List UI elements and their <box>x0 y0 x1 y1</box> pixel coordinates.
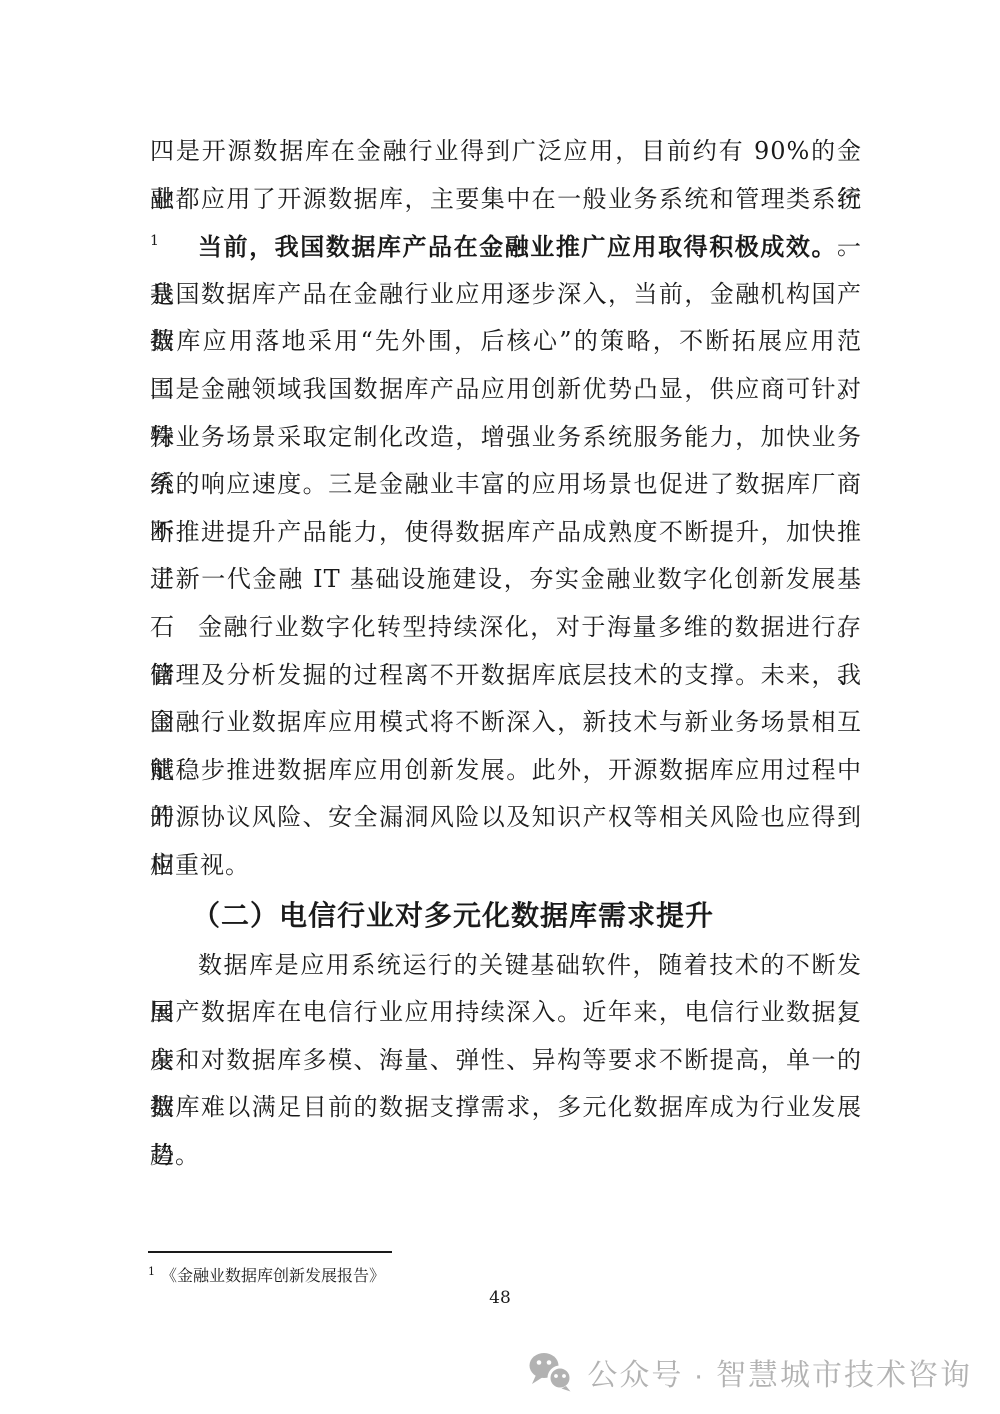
paragraph-line: 据库应用落地采用“先外围，后核心”的策略，不断拓展应用范围。 <box>150 318 862 366</box>
paragraph-line: 断推进提升产品能力，使得数据库产品成熟度不断提升，加快推进 <box>150 509 862 557</box>
paragraph-line: 统的响应速度。三是金融业丰富的应用场景也促进了数据库厂商不 <box>150 461 862 509</box>
paragraph-line: 殊业务场景采取定制化改造，增强业务系统服务能力，加快业务系 <box>150 414 862 462</box>
paragraph-line: 四是开源数据库在金融行业得到广泛应用，目前约有 90%的金融行 <box>150 128 862 176</box>
paragraph-line: 金融行业数字化转型持续深化，对于海量多维的数据进行存储、 <box>150 604 862 652</box>
section-heading: （二）电信行业对多元化数据库需求提升 <box>150 890 862 942</box>
paragraph-line: 开源协议风险、安全漏洞风险以及知识产权等相关风险也应得到相 <box>150 794 862 842</box>
bold-lead-text: 当前，我国数据库产品在金融业推广应用取得积极成效。 <box>198 232 837 261</box>
paragraph-line: 金融行业数据库应用模式将不断深入，新技术与新业务场景相互赋 <box>150 699 862 747</box>
paragraph-line: 数据库是应用系统运行的关键基础软件，随着技术的不断发展， <box>150 942 862 990</box>
paragraph-line: 度和对数据库多模、海量、弹性、异构等要求不断提高，单一的数 <box>150 1037 862 1085</box>
body-text: 四是开源数据库在金融行业得到广泛应用，目前约有 90%的金融行 业都应用了开源数… <box>150 128 862 1179</box>
paragraph-line: 了新一代金融 IT 基础设施建设，夯实金融业数字化创新发展基石。 <box>150 556 862 604</box>
document-page: 四是开源数据库在金融行业得到广泛应用，目前约有 90%的金融行 业都应用了开源数… <box>0 0 1000 1414</box>
paragraph-line: 二是金融领域我国数据库产品应用创新优势凸显，供应商可针对特 <box>150 366 862 414</box>
footnote-ref: 1 <box>150 233 160 249</box>
paragraph-line: 管理及分析发掘的过程离不开数据库底层技术的支撑。未来，我国 <box>150 652 862 700</box>
paragraph-line: 据库难以满足目前的数据支撑需求，多元化数据库成为行业发展趋 <box>150 1084 862 1132</box>
page-number: 48 <box>0 1288 1000 1308</box>
line-text: 业都应用了开源数据库，主要集中在一般业务系统和管理类系统 <box>150 185 862 213</box>
paragraph-line: 我国数据库产品在金融行业应用逐步深入，当前，金融机构国产数 <box>150 271 862 319</box>
footnote-divider <box>148 1251 392 1253</box>
banner-label: 公众号 · 智慧城市技术咨询 <box>587 1350 972 1394</box>
paragraph-line: 势。 <box>150 1132 862 1180</box>
footnote-marker: 1 <box>148 1265 155 1278</box>
paragraph-line: 国产数据库在电信行业应用持续深入。近年来，电信行业数据复杂 <box>150 989 862 1037</box>
paragraph-line: 应重视。 <box>150 842 862 890</box>
paragraph-line: 能稳步推进数据库应用创新发展。此外，开源数据库应用过程中的 <box>150 747 862 795</box>
wechat-banner: 公众号 · 智慧城市技术咨询 <box>527 1350 972 1394</box>
wechat-icon <box>527 1351 575 1393</box>
paragraph-line: 业都应用了开源数据库，主要集中在一般业务系统和管理类系统1。 <box>150 176 862 224</box>
footnote-source: 《金融业数据库创新发展报告》 <box>161 1266 385 1285</box>
footnote: 1《金融业数据库创新发展报告》 <box>148 1251 392 1286</box>
paragraph-line: 当前，我国数据库产品在金融业推广应用取得积极成效。一是 <box>150 223 862 271</box>
footnote-text: 1《金融业数据库创新发展报告》 <box>148 1263 392 1286</box>
